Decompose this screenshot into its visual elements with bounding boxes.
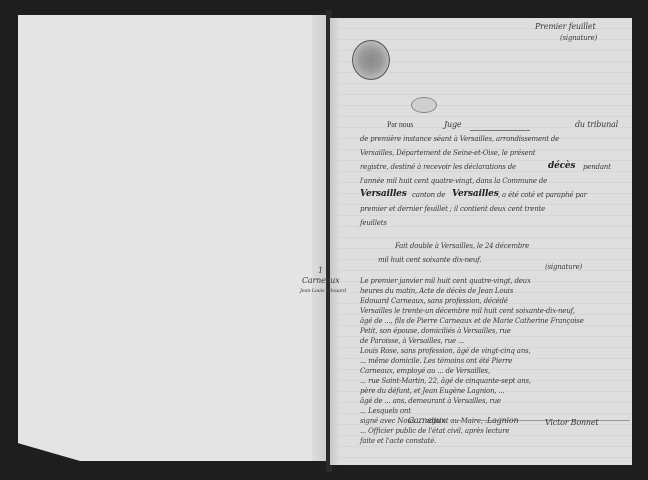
signature-officer: Victor Bonnet (545, 418, 598, 427)
opening-deces: décès (548, 161, 575, 171)
entry-margin-sub: Jean Louis Edouard (300, 288, 346, 294)
entry-line: Petit, son épouse, domiciliés à Versaill… (360, 326, 630, 336)
entry-line: faite et l'acte constaté. (360, 436, 630, 446)
left-page-blank (18, 15, 326, 461)
opening-line-3: Versailles, Département de Seine-et-Oise… (360, 149, 535, 157)
signature-carneaux: Carneaux (408, 416, 445, 425)
closing-rule (450, 420, 630, 421)
closing-line-1: Fait double à Versailles, le 24 décembre (395, 242, 529, 250)
right-page: Premier feuillet (signature) Par nous Ju… (330, 18, 632, 465)
entry-line: âgé de ..., fils de Pierre Carneaux et d… (360, 316, 630, 326)
entry-number: 1 (318, 266, 323, 275)
entry-line: Le premier janvier mil huit cent quatre-… (360, 276, 630, 286)
entry-line: heures du matin, Acte de décès de Jean L… (360, 286, 630, 296)
opening-line-4a: registre, destiné à recevoir les déclara… (360, 163, 516, 171)
opening-canton: canton de (412, 191, 445, 199)
opening-par-nous: Par nous (387, 120, 413, 129)
entry-line: Carneaux, employé au ... de Versailles, (360, 366, 630, 376)
opening-juge: Juge (444, 120, 461, 129)
entry-line: âgé de ... ans, demeurant à Versailles, … (360, 396, 630, 406)
opening-line-7: premier et dernier feuillet ; il contien… (360, 205, 545, 213)
entry-line: de Paroisse, à Versailles, rue ... (360, 336, 630, 346)
page-shadow (330, 18, 340, 465)
opening-line-5: l'année mil huit cent quatre-vingt, dans… (360, 177, 547, 185)
opening-versailles-1: Versailles (360, 189, 407, 199)
opening-tribunal: du tribunal (575, 120, 618, 129)
opening-line-6d: , a été coté et paraphé par (498, 191, 587, 199)
entry-line: ... même domicile. Les témoins ont été P… (360, 356, 630, 366)
closing-signature: (signature) (545, 263, 582, 271)
top-right-note: Premier feuillet (535, 22, 595, 31)
entry-line: Louis Rose, sans profession, âgé de ving… (360, 346, 630, 356)
entry-margin-name: Carneaux (302, 276, 339, 285)
entry-line: père du défunt, et Jean Eugène Lagnion, … (360, 386, 630, 396)
entry-line: Edouard Carneaux, sans profession, décéd… (360, 296, 630, 306)
top-right-signature: (signature) (560, 34, 597, 42)
entry-line: Versailles le trente-un décembre mil hui… (360, 306, 630, 316)
closing-line-2: mil huit cent soixante dix-neuf. (378, 256, 481, 264)
signature-lagnion: Lagnion (487, 416, 518, 425)
small-stamp-icon (411, 97, 437, 113)
blank-rule (470, 130, 530, 131)
opening-line-2: de première instance séant à Versailles,… (360, 135, 559, 143)
stamp-seal-icon (352, 40, 390, 80)
opening-line-4c: pendant (583, 163, 611, 171)
entry-line: ... Lesquels ont (360, 406, 630, 416)
opening-line-8: feuillets (360, 219, 387, 227)
page-edge (312, 15, 326, 461)
entry-line: ... rue Saint-Martin, 22, âgé de cinquan… (360, 376, 630, 386)
opening-versailles-2: Versailles (452, 189, 499, 199)
entry-line: ... Officier public de l'état civil, apr… (360, 426, 630, 436)
